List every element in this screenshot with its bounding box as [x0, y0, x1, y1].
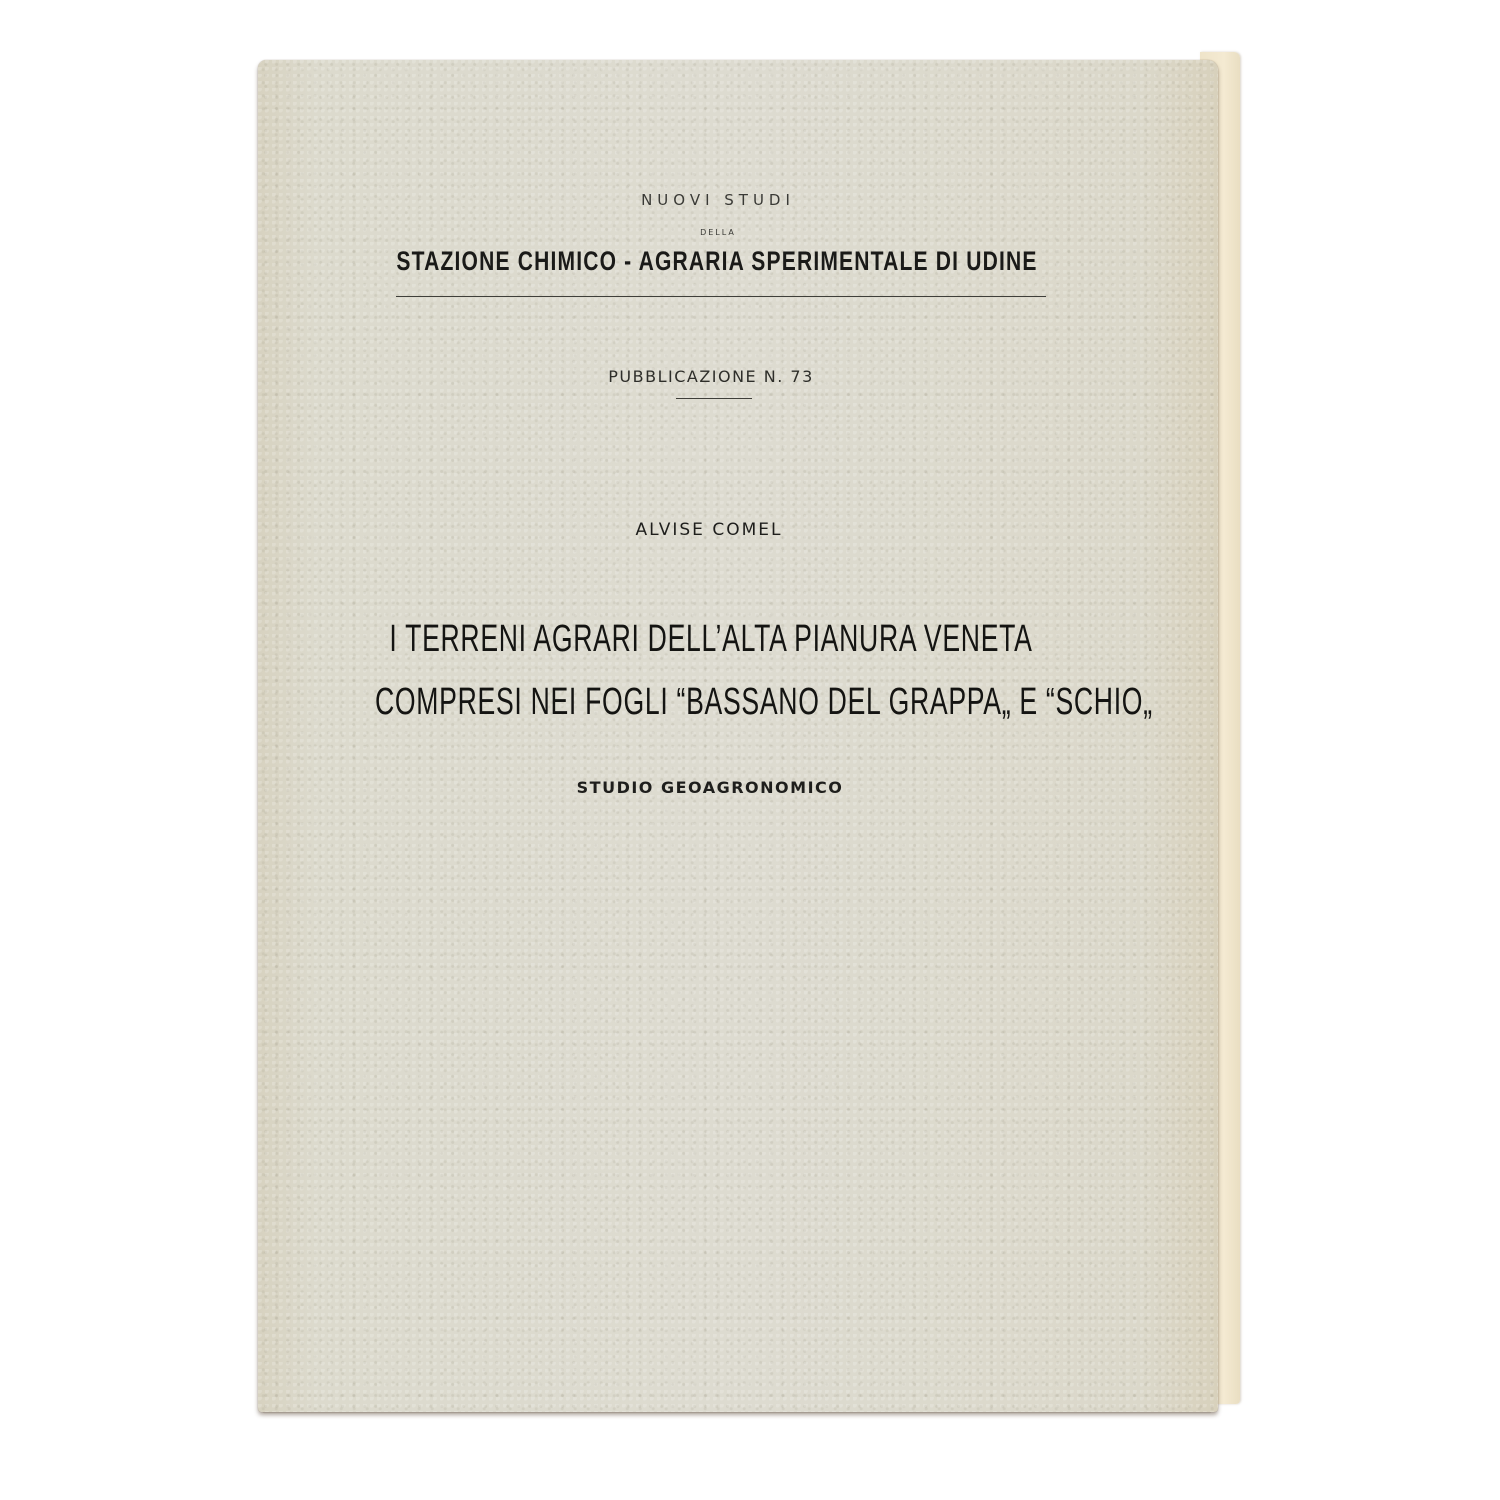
publication-divider [676, 398, 752, 399]
cover-content: NUOVI STUDI DELLA STAZIONE CHIMICO - AGR… [258, 60, 1218, 1412]
author-name: ALVISE COMEL [229, 520, 1189, 540]
photo-stage: NUOVI STUDI DELLA STAZIONE CHIMICO - AGR… [0, 0, 1500, 1500]
book-title-line-2: COMPRESI NEI FOGLI “BASSANO DEL GRAPPA„ … [375, 681, 1047, 724]
book-subtitle: STUDIO GEOAGRONOMICO [230, 778, 1190, 797]
series-connector: DELLA [238, 228, 1198, 237]
book-title-line-1: I TERRENI AGRARI DELL’ALTA PIANURA VENET… [375, 618, 1047, 661]
booklet-cover: NUOVI STUDI DELLA STAZIONE CHIMICO - AGR… [258, 60, 1218, 1412]
header-divider [396, 296, 1046, 297]
publication-number: PUBBLICAZIONE N. 73 [231, 367, 1191, 386]
series-title: NUOVI STUDI [238, 191, 1198, 209]
institution-name: STAZIONE CHIMICO - AGRARIA SPERIMENTALE … [343, 246, 1092, 277]
